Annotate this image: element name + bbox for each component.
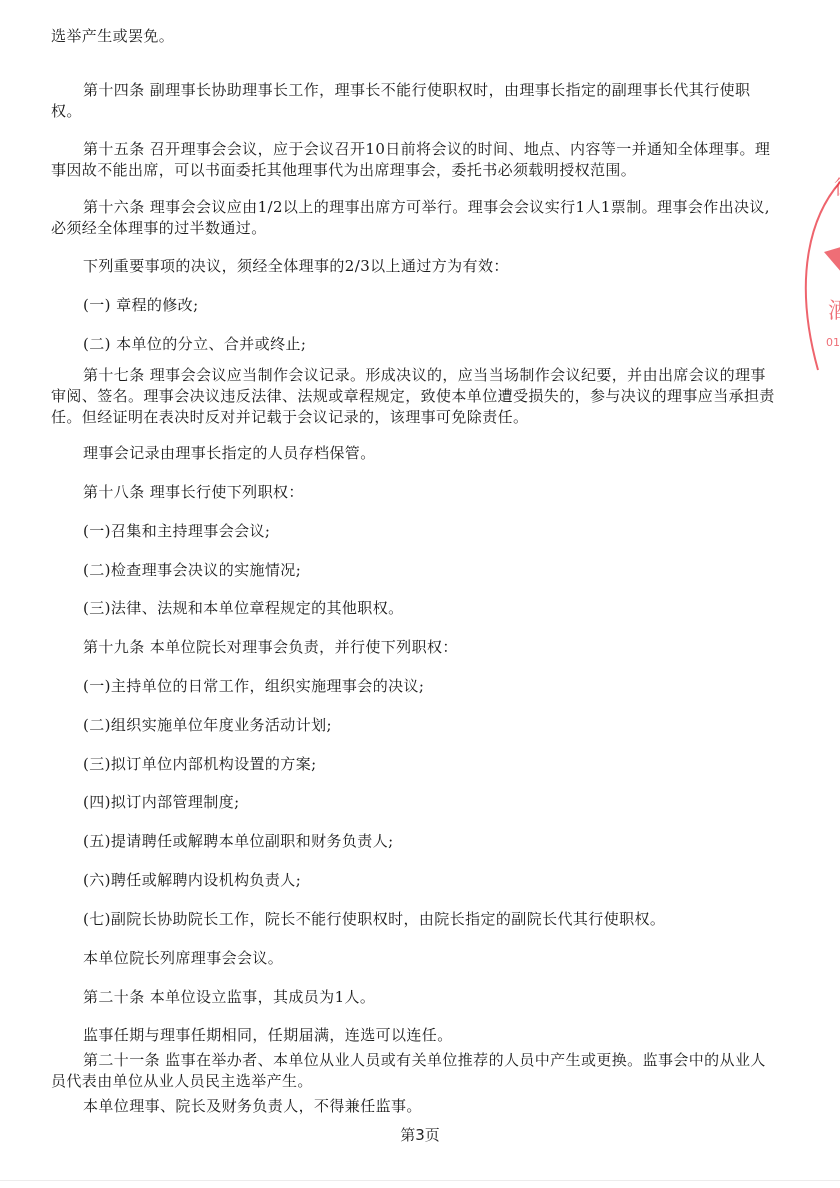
- list-item: (一)主持单位的日常工作，组织实施理事会的决议;: [51, 676, 781, 697]
- list-item: (二)组织实施单位年度业务活动计划;: [51, 715, 781, 736]
- paragraph: 下列重要事项的决议，须经全体理事的2/3以上通过方为有效：: [51, 256, 781, 277]
- list-item: (四)拟订内部管理制度;: [51, 792, 781, 813]
- official-seal-icon: 德 酒 010: [788, 170, 840, 385]
- paragraph: 第二十条 本单位设立监事，其成员为1人。: [51, 987, 781, 1008]
- paragraph: 本单位院长列席理事会会议。: [51, 948, 781, 969]
- paragraph: 第十四条 副理事长协助理事长工作，理事长不能行使职权时，由理事长指定的副理事长代…: [51, 80, 781, 122]
- paragraph: 第十六条 理事会会议应由1/2以上的理事出席方可举行。理事会会议实行1人1票制。…: [51, 197, 781, 239]
- svg-text:德: 德: [834, 175, 840, 199]
- list-item: (一)召集和主持理事会会议;: [51, 521, 781, 542]
- list-item: (七)副院长协助院长工作，院长不能行使职权时，由院长指定的副院长代其行使职权。: [51, 909, 781, 930]
- page-edge-divider: [0, 1180, 840, 1181]
- list-item: (二)检查理事会决议的实施情况;: [51, 560, 781, 581]
- paragraph: 理事会记录由理事长指定的人员存档保管。: [51, 443, 781, 464]
- paragraph: 第十八条 理事长行使下列职权：: [51, 482, 781, 503]
- svg-text:酒: 酒: [828, 299, 840, 324]
- list-item: (一) 章程的修改;: [51, 295, 781, 316]
- list-item: (六)聘任或解聘内设机构负责人;: [51, 870, 781, 891]
- page-number: 第3页: [0, 1124, 840, 1145]
- list-item: (三)拟订单位内部机构设置的方案;: [51, 754, 781, 775]
- list-item: (三)法律、法规和本单位章程规定的其他职权。: [51, 598, 781, 619]
- paragraph: 第十五条 召开理事会会议，应于会议召开10日前将会议的时间、地点、内容等一并通知…: [51, 139, 781, 181]
- paragraph: 第十九条 本单位院长对理事会负责，并行使下列职权：: [51, 637, 781, 658]
- paragraph: 第二十一条 监事在举办者、本单位从业人员或有关单位推荐的人员中产生或更换。监事会…: [51, 1050, 781, 1092]
- paragraph: 选举产生或罢免。: [51, 26, 781, 47]
- paragraph: 监事任期与理事任期相同，任期届满，连选可以连任。: [51, 1025, 781, 1046]
- svg-text:010: 010: [826, 336, 840, 349]
- list-item: (五)提请聘任或解聘本单位副职和财务负责人;: [51, 831, 781, 852]
- paragraph: 第十七条 理事会会议应当制作会议记录。形成决议的，应当当场制作会议纪要，并由出席…: [51, 365, 781, 428]
- paragraph: 本单位理事、院长及财务负责人，不得兼任监事。: [51, 1096, 781, 1117]
- list-item: (二) 本单位的分立、合并或终止;: [51, 334, 781, 355]
